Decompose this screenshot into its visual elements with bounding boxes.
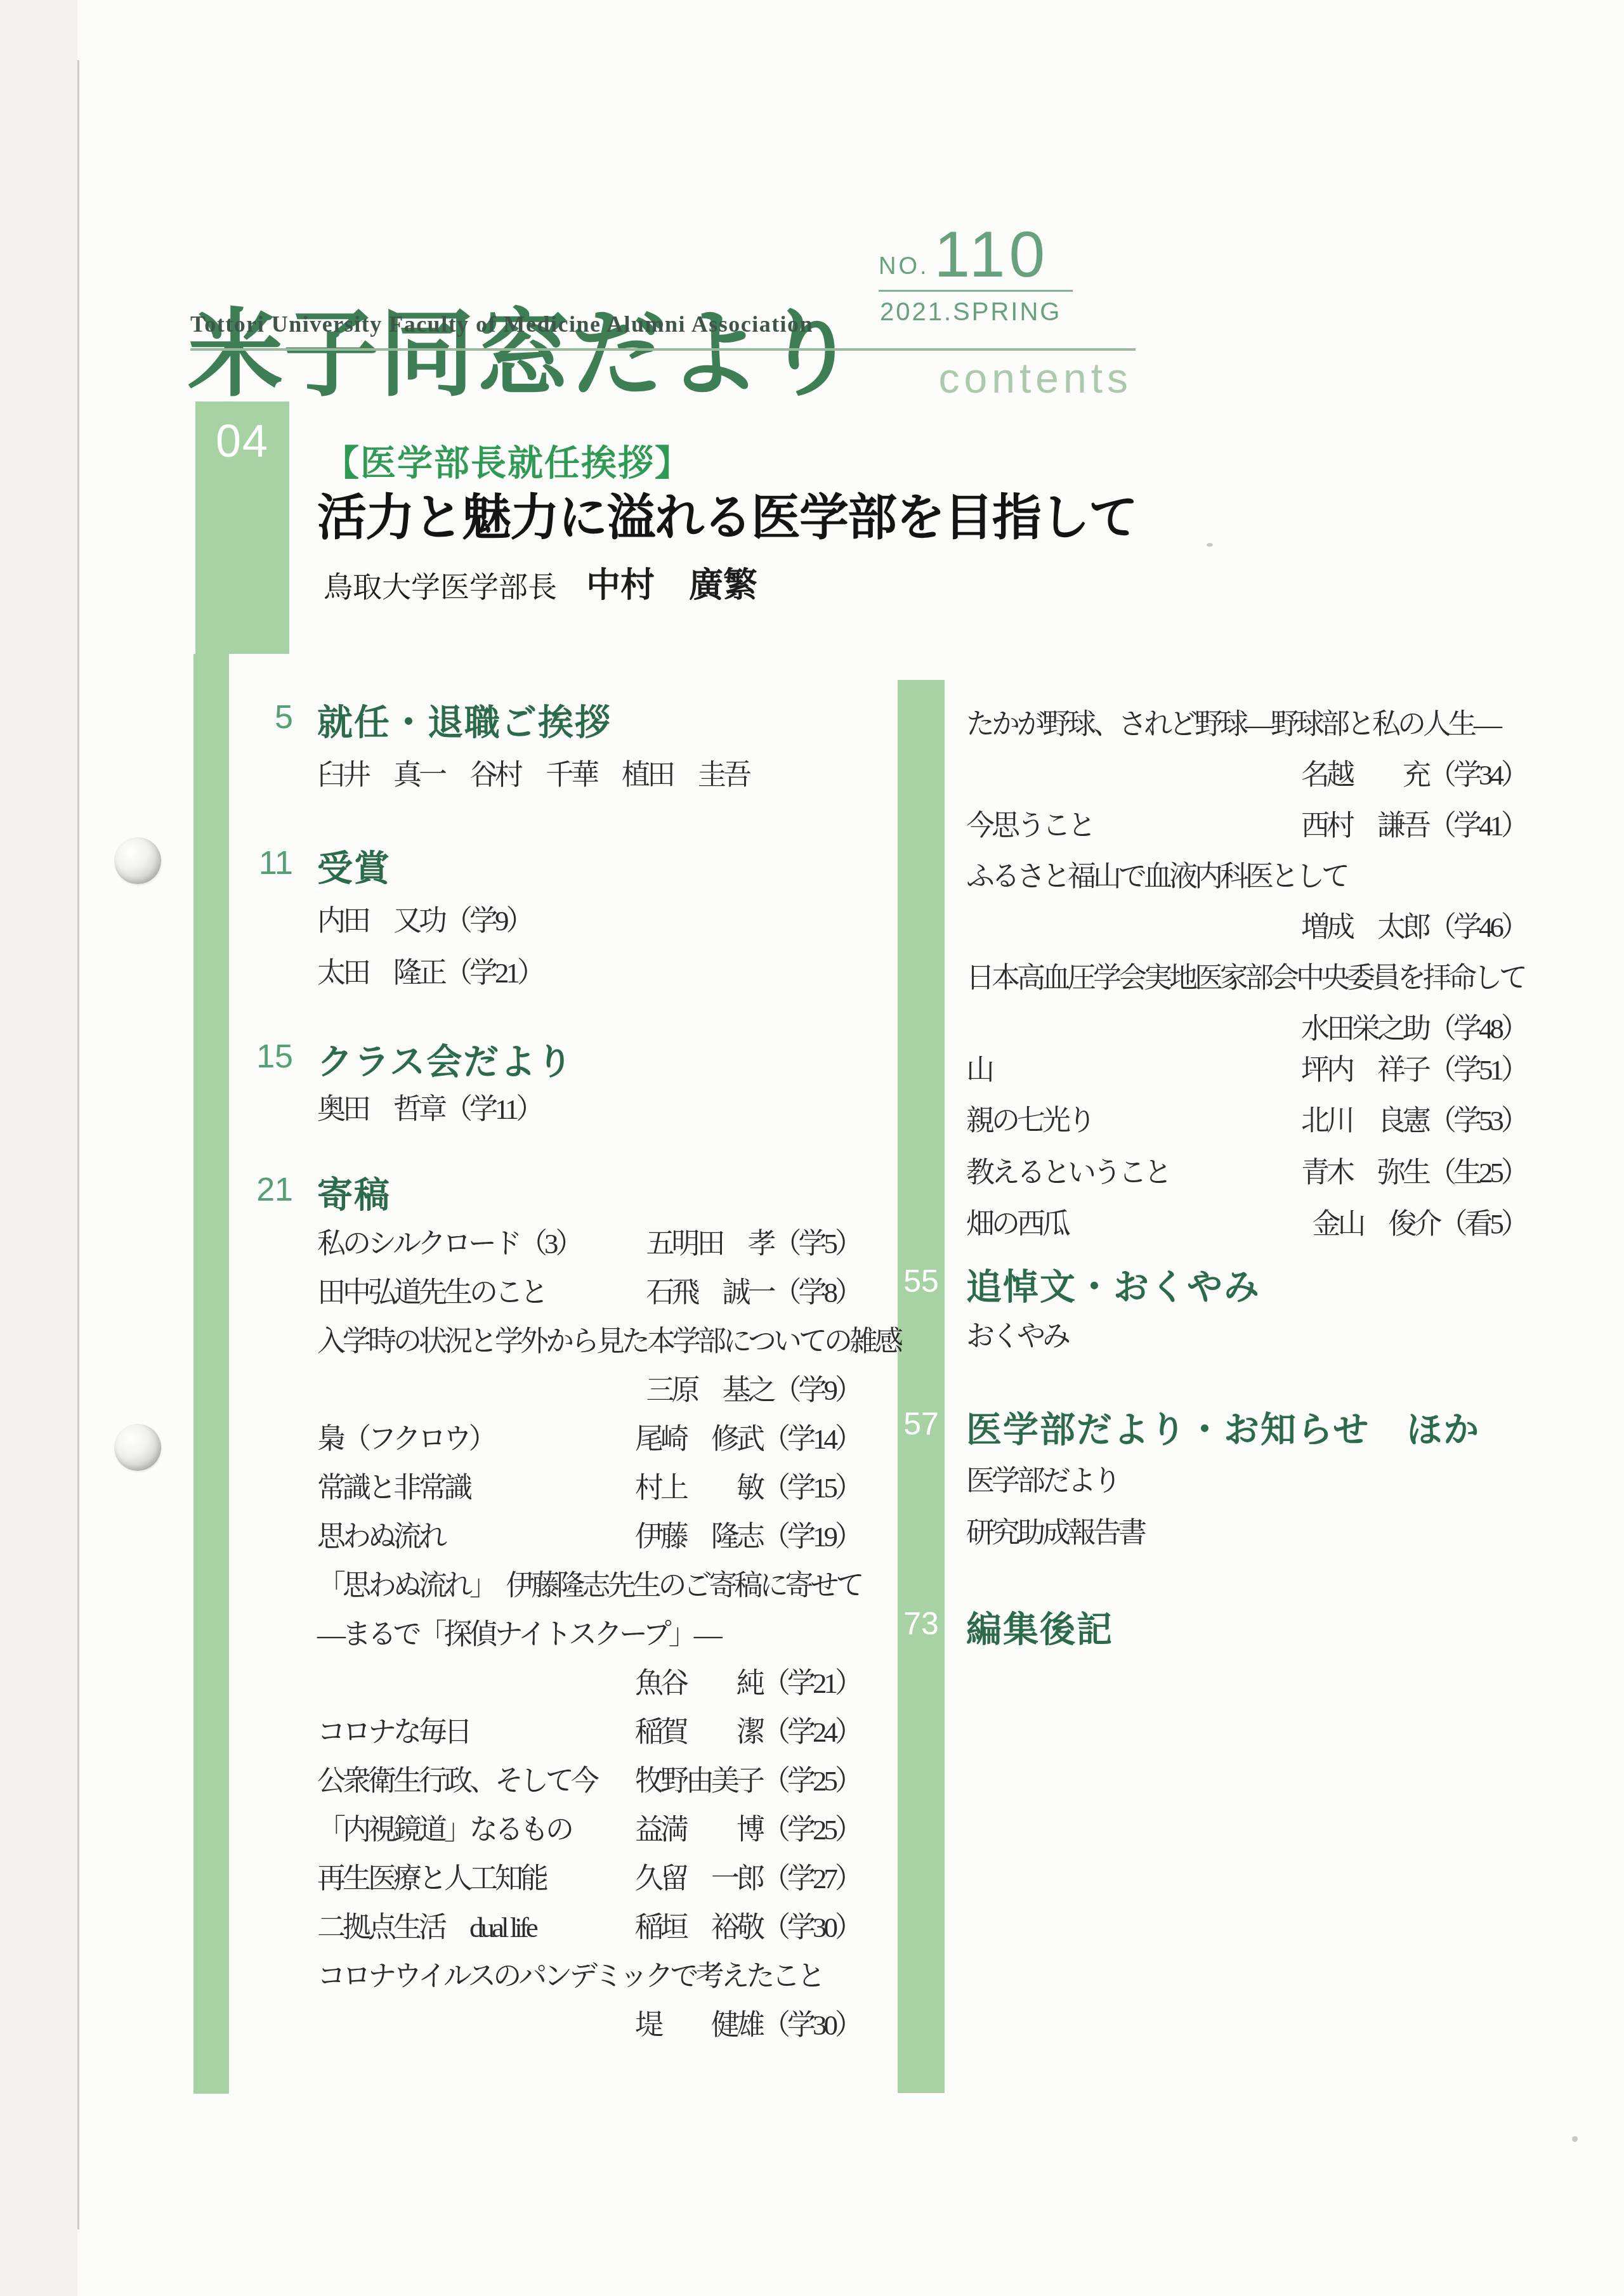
issue-no-label: NO. bbox=[879, 253, 929, 280]
feature-author-name: 中村 廣繁 bbox=[586, 566, 757, 604]
left-accent-bar bbox=[193, 654, 229, 2094]
toc-section-title: 就任・退職ご挨拶 bbox=[317, 695, 612, 745]
masthead-rule bbox=[190, 348, 1136, 351]
toc-entry-title: ―まるで「探偵ナイトスクープ」― bbox=[317, 1611, 719, 1652]
toc-page-number: 5 bbox=[232, 698, 293, 736]
toc-entry-title: おくやみ bbox=[966, 1313, 1068, 1354]
toc-entry-title: 太田 隆正（学21） bbox=[317, 949, 542, 991]
toc-entry-author: 久留 一郎（学27） bbox=[419, 1855, 860, 1896]
toc-page-number: 55 bbox=[898, 1263, 945, 1300]
association-subtitle: Tottori University Faculty of Medicine A… bbox=[190, 311, 813, 337]
toc-entry-title: 教えるということ bbox=[966, 1149, 1169, 1190]
issue-number-block: NO. 110 bbox=[879, 222, 1049, 287]
toc-section-title: 医学部だより・お知らせ ほか bbox=[966, 1402, 1480, 1452]
toc-section-title: 受賞 bbox=[317, 840, 391, 891]
right-accent-bar bbox=[898, 680, 945, 2093]
toc-entry-title: ふるさと福山で血液内科医として bbox=[966, 853, 1347, 894]
toc-entry-author: 村上 敏（学15） bbox=[419, 1464, 860, 1506]
page-edge-line bbox=[77, 60, 79, 2229]
toc-page-number: 11 bbox=[232, 844, 293, 882]
toc-entry-author: 金山 俊介（看5） bbox=[1193, 1201, 1526, 1242]
toc-entry-author: 三原 基之（学9） bbox=[419, 1367, 860, 1408]
toc-page-number: 21 bbox=[232, 1171, 293, 1209]
toc-entry-title: 臼井 真一 谷村 千華 植田 圭吾 bbox=[317, 752, 749, 793]
feature-author-role: 鳥取大学医学部長 bbox=[324, 571, 557, 603]
issue-number: 110 bbox=[934, 222, 1049, 287]
toc-entry-title: 日本高血圧学会実地医家部会中央委員を拝命して bbox=[966, 955, 1524, 996]
feature-page-number: 04 bbox=[195, 415, 289, 467]
toc-entry-author: 水田栄之助（学48） bbox=[1193, 1005, 1526, 1047]
issue-underline bbox=[879, 290, 1073, 292]
scan-margin bbox=[0, 0, 77, 2296]
scan-speck bbox=[1572, 2136, 1578, 2142]
toc-entry-author: 五明田 孝（学5） bbox=[419, 1220, 860, 1262]
toc-entry-author: 堤 健雄（学30） bbox=[419, 2002, 860, 2043]
binder-hole bbox=[114, 1424, 161, 1471]
toc-entry-author: 坪内 祥子（学51） bbox=[1193, 1047, 1526, 1088]
toc-entry-author: 稲賀 潔（学24） bbox=[419, 1709, 860, 1750]
toc-entry-title: 奥田 哲章（学11） bbox=[317, 1086, 541, 1127]
toc-entry-title: 親の七光り bbox=[966, 1097, 1093, 1138]
toc-entry-title: 入学時の状況と学外から見た本学部についての雑感 bbox=[317, 1318, 900, 1359]
toc-page-number: 57 bbox=[898, 1406, 945, 1442]
toc-entry-author: 益満 博（学25） bbox=[419, 1806, 860, 1848]
toc-entry-author: 魚谷 純（学21） bbox=[419, 1660, 860, 1701]
toc-page-number: 15 bbox=[232, 1038, 293, 1076]
toc-entry-title: 山 bbox=[966, 1047, 992, 1088]
issue-season: 2021.SPRING bbox=[880, 298, 1061, 327]
toc-section-title: クラス会だより bbox=[317, 1034, 573, 1085]
toc-entry-author: 石飛 誠一（学8） bbox=[419, 1269, 860, 1310]
toc-section-title: 編集後記 bbox=[966, 1601, 1113, 1652]
toc-section-title: 追悼文・おくやみ bbox=[966, 1259, 1261, 1310]
toc-entry-title: 今思うこと bbox=[966, 802, 1093, 844]
feature-page-block: 04 bbox=[195, 401, 289, 654]
toc-entry-title: コロナウイルスのパンデミックで考えたこと bbox=[317, 1953, 822, 1994]
toc-entry-author: 尾崎 修武（学14） bbox=[419, 1416, 860, 1457]
toc-entry-title: 畑の西瓜 bbox=[966, 1201, 1068, 1242]
toc-entry-title: 「思わぬ流れ」 伊藤隆志先生のご寄稿に寄せて bbox=[317, 1562, 861, 1603]
toc-entry-author: 伊藤 隆志（学19） bbox=[419, 1513, 860, 1555]
toc-entry-title: たかが野球、されど野球―野球部と私の人生― bbox=[966, 701, 1499, 742]
feature-title: 活力と魅力に溢れる医学部を目指して bbox=[317, 478, 1137, 549]
toc-entry-title: 内田 又功（学9） bbox=[317, 897, 532, 939]
toc-entry-author: 増成 太郎（学46） bbox=[1193, 904, 1526, 945]
scan-speck bbox=[1207, 543, 1213, 547]
toc-entry-title: 研究助成報告書 bbox=[966, 1510, 1144, 1551]
toc-entry-author: 稲垣 裕敬（学30） bbox=[419, 1904, 860, 1945]
contents-label: contents bbox=[752, 354, 1132, 402]
toc-entry-title: 医学部だより bbox=[966, 1458, 1118, 1499]
newsletter-contents-page: 米子同窓だより NO. 110 2021.SPRING Tottori Univ… bbox=[0, 0, 1624, 2296]
binder-hole bbox=[114, 837, 161, 884]
toc-entry-author: 青木 弥生（生25） bbox=[1193, 1149, 1526, 1190]
feature-author: 鳥取大学医学部長 中村 廣繁 bbox=[324, 558, 757, 607]
toc-section-title: 寄稿 bbox=[317, 1167, 391, 1218]
toc-entry-author: 西村 謙吾（学41） bbox=[1193, 802, 1526, 844]
toc-page-number: 73 bbox=[898, 1605, 945, 1642]
toc-entry-author: 牧野由美子（学25） bbox=[419, 1758, 860, 1799]
toc-entry-author: 北川 良憲（学53） bbox=[1193, 1097, 1526, 1138]
toc-entry-author: 名越 充（学34） bbox=[1193, 752, 1526, 793]
